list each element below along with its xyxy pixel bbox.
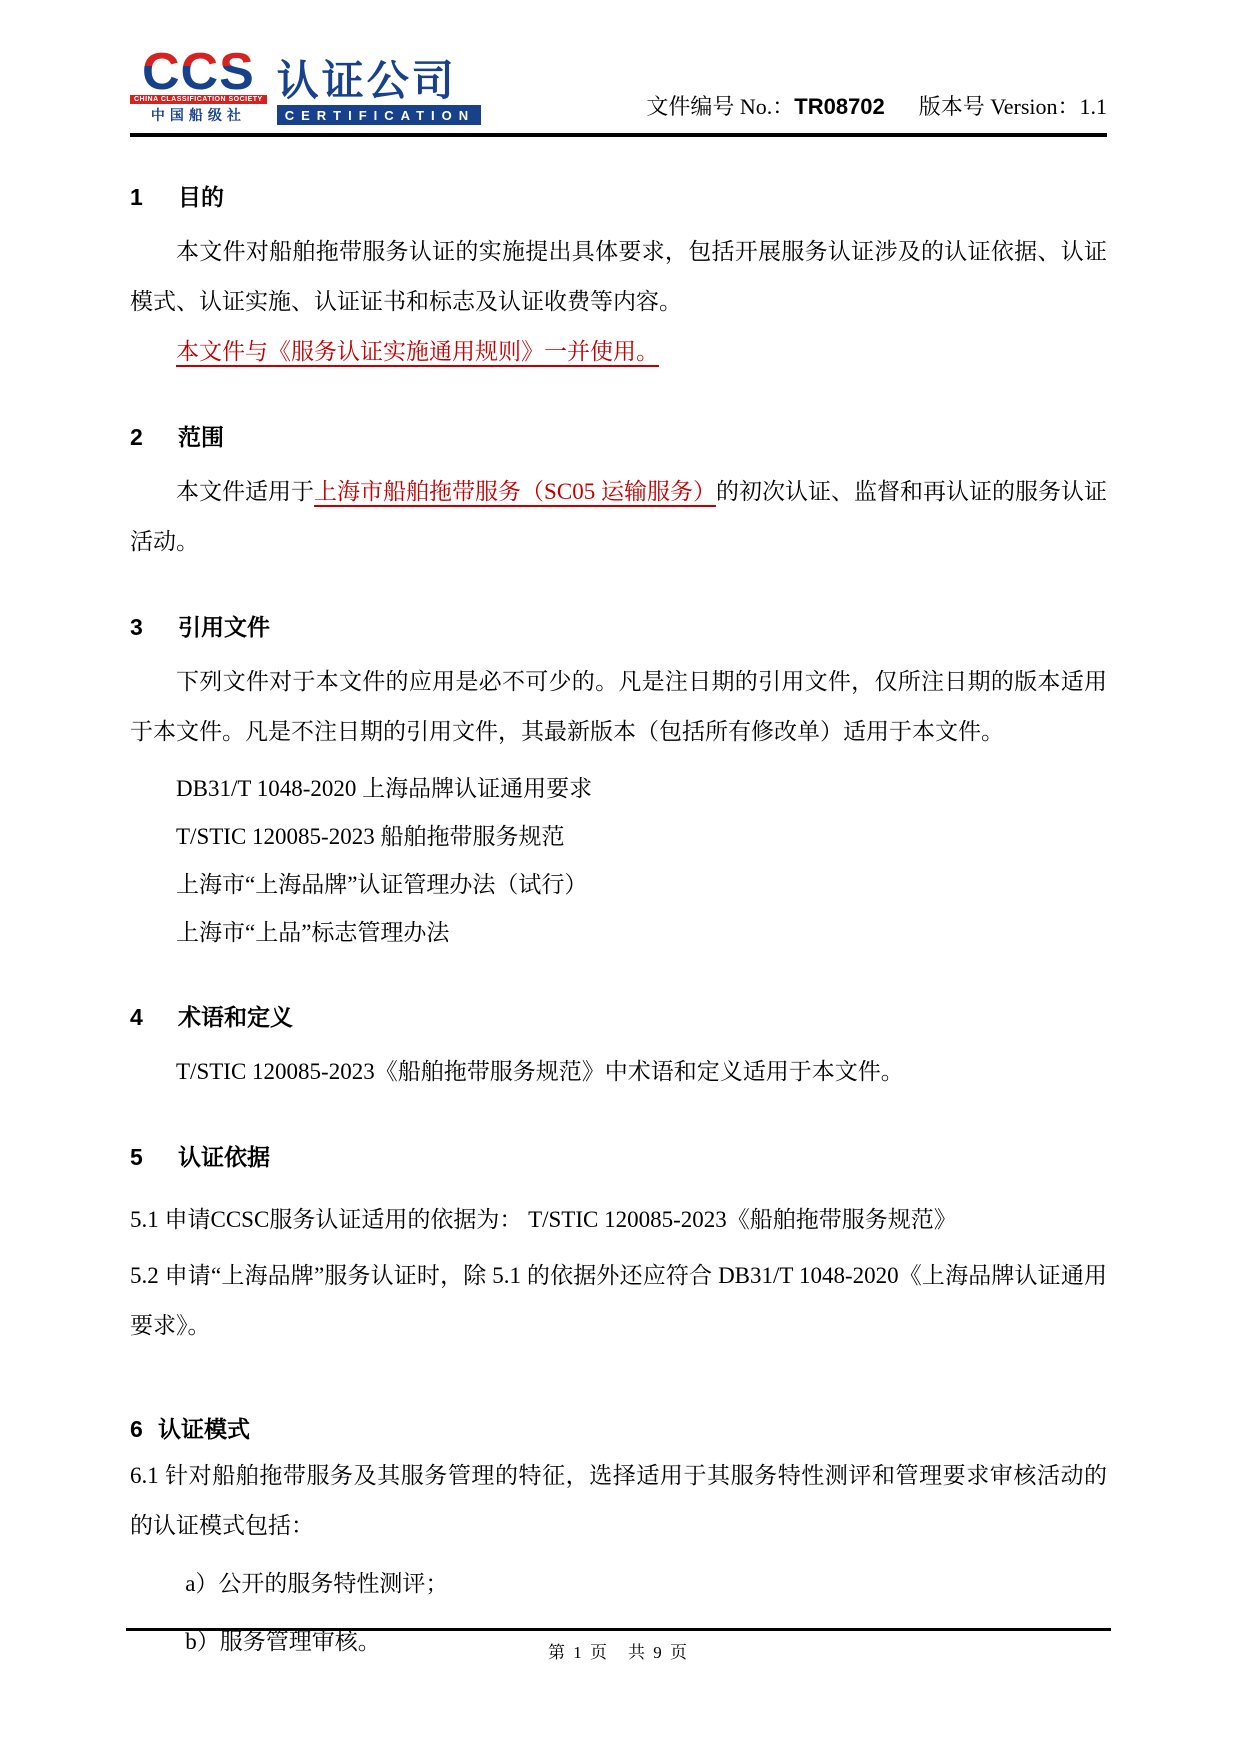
section-5-number: 5 [130,1141,178,1173]
header-divider [130,133,1107,137]
scope-service-highlight: 上海市船舶拖带服务（SC05 运输服务） [314,479,716,504]
clause-5-2: 5.2 申请“上海品牌”服务认证时，除 5.1 的依据外还应符合 DB31/T … [130,1251,1107,1351]
ccs-society-name-en: CHINA CLASSIFICATION SOCIETY [130,95,267,104]
section-2-title: 范围 [178,424,224,450]
reference-list: DB31/T 1048-2020 上海品牌认证通用要求 T/STIC 12008… [130,765,1107,957]
ccs-logo: CCS CHINA CLASSIFICATION SOCIETY 中国船级社 认… [130,50,481,125]
version-label: 版本号 Version： [919,94,1080,119]
clause-6-1: 6.1 针对船舶拖带服务及其服务管理的特征，选择适用于其服务特性测评和管理要求审… [130,1451,1107,1551]
section-6-number: 6 [130,1413,158,1445]
mode-list-item-a: a）公开的服务特性测评； [185,1559,1107,1609]
reference-item: 上海市“上海品牌”认证管理办法（试行） [176,861,1107,909]
version-value: 1.1 [1080,94,1108,119]
section-2-paragraph: 本文件适用于上海市船舶拖带服务（SC05 运输服务）的初次认证、监督和再认证的服… [130,467,1107,567]
clause-5-1: 5.1 申请CCSC服务认证适用的依据为： T/STIC 120085-2023… [130,1195,1107,1245]
doc-number-value: TR08702 [794,94,885,119]
section-4-paragraph: T/STIC 120085-2023《船舶拖带服务规范》中术语和定义适用于本文件… [130,1047,1107,1097]
section-1-heading: 1目的 [130,181,1107,213]
ccs-logo-right: 认证公司 CERTIFICATION [277,60,481,125]
ccs-logo-left: CCS CHINA CLASSIFICATION SOCIETY 中国船级社 [130,50,267,125]
section-6-heading: 6认证模式 [130,1413,1107,1445]
reference-item: T/STIC 120085-2023 船舶拖带服务规范 [176,813,1107,861]
section-4-title: 术语和定义 [178,1004,293,1030]
section-2-number: 2 [130,421,178,453]
section-1-title: 目的 [178,184,224,210]
document-header: CCS CHINA CLASSIFICATION SOCIETY 中国船级社 认… [130,0,1107,125]
ccs-society-name-cn: 中国船级社 [151,105,246,125]
section-1-number: 1 [130,181,178,213]
document-body: 1目的 本文件对船舶拖带服务认证的实施提出具体要求，包括开展服务认证涉及的认证依… [130,181,1107,1667]
section-3-title: 引用文件 [178,614,270,640]
section-3-heading: 3引用文件 [130,611,1107,643]
document-footer: 第 1 页 共 9 页 [126,1628,1111,1663]
ccs-logo-letters: CCS [142,50,255,94]
page-number: 第 1 页 共 9 页 [126,1631,1111,1663]
scope-text-pre: 本文件适用于 [176,479,314,504]
section-1-paragraph: 本文件对船舶拖带服务认证的实施提出具体要求，包括开展服务认证涉及的认证依据、认证… [130,227,1107,327]
ccs-certification-banner: CERTIFICATION [277,105,481,125]
section-4-number: 4 [130,1001,178,1033]
document-meta: 文件编号 No.：TR08702版本号 Version：1.1 [646,90,1107,125]
section-4-heading: 4术语和定义 [130,1001,1107,1033]
document-page: CCS CHINA CLASSIFICATION SOCIETY 中国船级社 认… [0,0,1233,1743]
section-3-paragraph: 下列文件对于本文件的应用是必不可少的。凡是注日期的引用文件，仅所注日期的版本适用… [130,657,1107,757]
section-2-heading: 2范围 [130,421,1107,453]
section-3-number: 3 [130,611,178,643]
section-1-red-note: 本文件与《服务认证实施通用规则》一并使用。 [176,327,1107,377]
reference-item: 上海市“上品”标志管理办法 [176,909,1107,957]
doc-number-label: 文件编号 No.： [646,94,794,119]
section-5-heading: 5认证依据 [130,1141,1107,1173]
section-5-title: 认证依据 [178,1144,270,1170]
section-6-title: 认证模式 [158,1416,250,1442]
reference-item: DB31/T 1048-2020 上海品牌认证通用要求 [176,765,1107,813]
ccs-company-name: 认证公司 [277,60,481,102]
red-note-text: 本文件与《服务认证实施通用规则》一并使用。 [176,339,659,364]
